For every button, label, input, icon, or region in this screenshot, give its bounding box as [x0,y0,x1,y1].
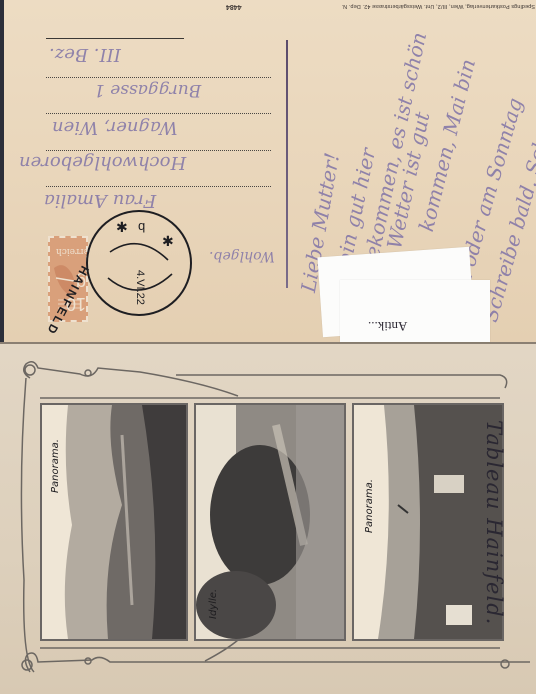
panel-caption: Panorama. [50,439,61,493]
panel-caption: Idylle. [208,589,219,619]
photo-panel-1: Panorama. [40,403,188,641]
village-photo-icon [354,405,502,639]
panel-caption: Panorama. [364,479,375,533]
photo-panel-2: Idylle. [194,403,346,641]
card-title: Tableau Hainfeld. [482,420,506,625]
landscape-photo-icon [42,405,186,639]
